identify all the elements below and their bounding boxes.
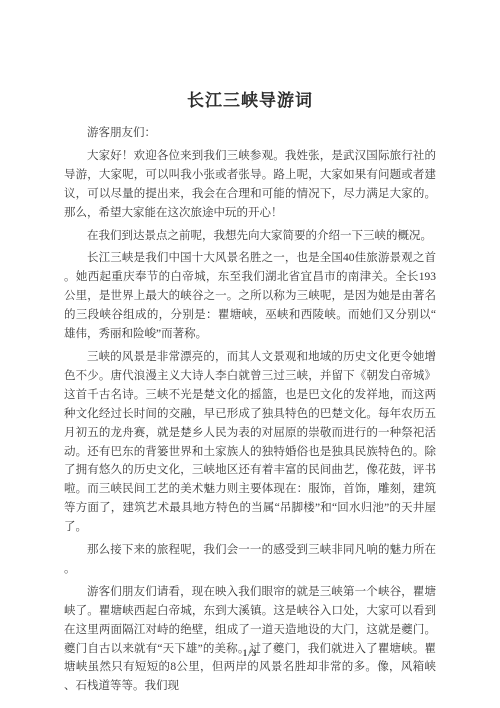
greeting-paragraph: 大家好！欢迎各位来到我们三峡参观。我姓张，是武汉国际旅行社的导游，大家呢，可以叫… [64,147,436,223]
document-body: 游客朋友们： 大家好！欢迎各位来到我们三峡参观。我姓张，是武汉国际旅行社的导游，… [64,124,436,696]
three-gorges-overview-paragraph: 长江三峡是我们中国十大风景名胜之一，也是全国40佳旅游景观之首。她西起重庆奉节的… [64,249,436,344]
salutation-paragraph: 游客朋友们： [64,124,436,143]
document-title: 长江三峡导游词 [0,0,500,111]
overview-intro-paragraph: 在我们到达景点之前呢，我想先向大家简要的介绍一下三峡的概况。 [64,227,436,246]
document-page: 长江三峡导游词 游客朋友们： 大家好！欢迎各位来到我们三峡参观。我姓张，是武汉国… [0,0,500,708]
qutang-gorge-paragraph: 游客们朋友们请看，现在映入我们眼帘的就是三峡第一个峡谷，瞿塘峡了。瞿塘峡西起白帝… [64,583,436,696]
journey-transition-paragraph: 那么接下来的旅程呢，我们会一一的感受到三峡非同凡响的魅力所在。 [64,541,436,579]
culture-history-paragraph: 三峡的风景是非常漂亮的，而其人文景观和地域的历史文化更令她增色不少。唐代浪漫主义… [64,348,436,537]
page-number: 1/3 [0,648,500,658]
